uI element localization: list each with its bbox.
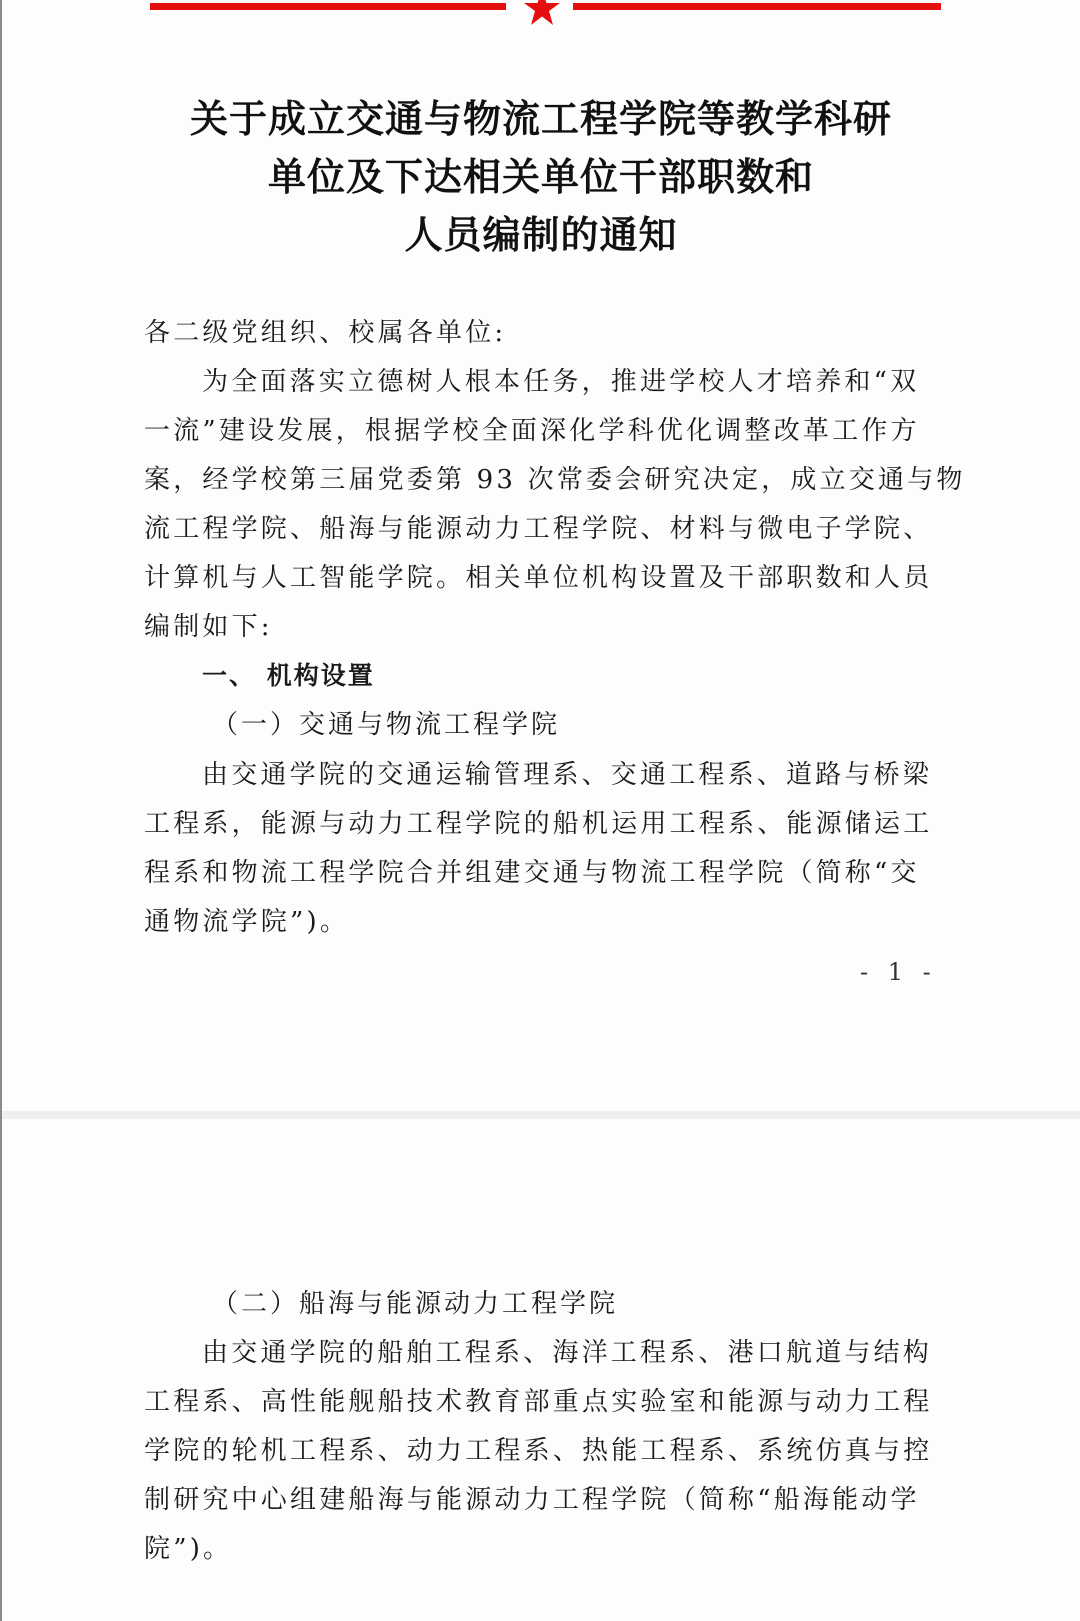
subsection-2-line: 制研究中心组建船海与能源动力工程学院（简称“船海能动学	[144, 1479, 934, 1516]
intro-line: 计算机与人工智能学院。相关单位机构设置及干部职数和人员	[144, 557, 934, 594]
subsection-2-line: 工程系、高性能舰船技术教育部重点实验室和能源与动力工程	[144, 1381, 934, 1418]
intro-line: 编制如下:	[144, 606, 934, 643]
intro-line: 为全面落实立德树人根本任务，推进学校人才培养和“双	[202, 361, 934, 398]
subsection-heading-transport-logistics: （一）交通与物流工程学院	[212, 704, 1002, 741]
page-number: - 1 -	[860, 958, 937, 986]
document-title-line-3: 人员编制的通知	[2, 204, 1080, 259]
subsection-1-line: 通物流学院”)。	[144, 901, 934, 938]
red-star-icon	[522, 0, 562, 28]
red-header-rule-left	[150, 3, 506, 10]
red-header-rule-right	[573, 3, 941, 10]
document-page-1: 关于成立交通与物流工程学院等教学科研 单位及下达相关单位干部职数和 人员编制的通…	[2, 0, 1080, 1111]
section-heading-organization: 一、 机构设置	[202, 656, 934, 692]
page-separator	[2, 1111, 1080, 1119]
intro-line: 流工程学院、船海与能源动力工程学院、材料与微电子学院、	[144, 508, 934, 545]
document-page-2: （二）船海与能源动力工程学院 由交通学院的船舶工程系、海洋工程系、港口航道与结构…	[2, 1119, 1080, 1621]
intro-line: 一流”建设发展，根据学校全面深化学科优化调整改革工作方	[144, 410, 934, 447]
subsection-1-line: 由交通学院的交通运输管理系、交通工程系、道路与桥梁	[202, 754, 934, 791]
subsection-1-line: 工程系，能源与动力工程学院的船机运用工程系、能源储运工	[144, 803, 934, 840]
subsection-2-line: 院”)。	[144, 1528, 934, 1565]
document-title-line-2: 单位及下达相关单位干部职数和	[2, 146, 1080, 201]
document-title-line-1: 关于成立交通与物流工程学院等教学科研	[2, 88, 1080, 143]
subsection-2-line: 学院的轮机工程系、动力工程系、热能工程系、系统仿真与控	[144, 1430, 934, 1467]
salutation: 各二级党组织、校属各单位:	[144, 312, 934, 349]
intro-line: 案，经学校第三届党委第 93 次常委会研究决定，成立交通与物	[144, 459, 934, 496]
subsection-heading-marine-energy: （二）船海与能源动力工程学院	[212, 1283, 1002, 1320]
subsection-2-line: 由交通学院的船舶工程系、海洋工程系、港口航道与结构	[202, 1332, 934, 1369]
subsection-1-line: 程系和物流工程学院合并组建交通与物流工程学院（简称“交	[144, 852, 934, 889]
